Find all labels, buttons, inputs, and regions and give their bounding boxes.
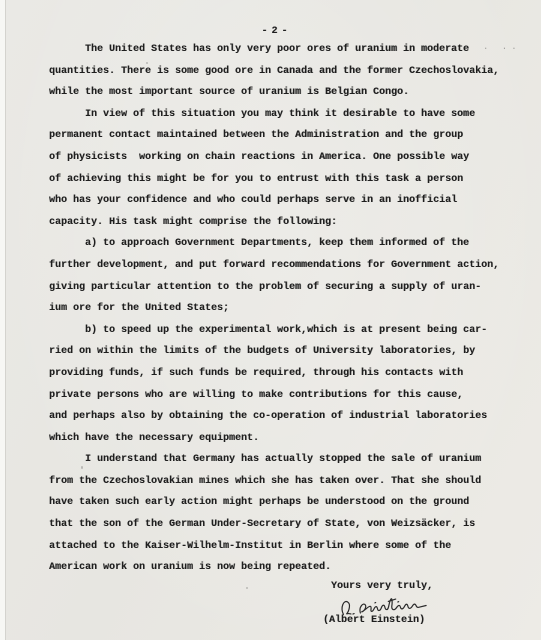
letter-body: The United States has only very poor ore…	[49, 39, 519, 579]
scan-speck	[146, 62, 148, 64]
letter-line: permanent contact maintained between the…	[49, 125, 519, 147]
letter-line: which have the necessary equipment.	[49, 428, 519, 450]
letter-line: from the Czechoslovakian mines which she…	[49, 471, 519, 493]
scanned-letter-page: -2- The United States has only very poor…	[5, 0, 541, 640]
letter-line: providing funds, if such funds be requir…	[49, 363, 519, 385]
letter-line: and perhaps also by obtaining the co-ope…	[49, 406, 519, 428]
letter-line: while the most important source of urani…	[49, 82, 519, 104]
letter-line: attached to the Kaiser-Wilhelm-Institut …	[49, 536, 519, 558]
letter-line: capacity. His task might comprise the fo…	[49, 212, 519, 234]
letter-line: of physicists working on chain reactions…	[49, 147, 519, 169]
letter-line: who has your confidence and who could pe…	[49, 190, 519, 212]
letter-line: of achieving this might be for you to en…	[49, 169, 519, 191]
letter-line: have taken such early action might perha…	[49, 492, 519, 514]
letter-line: giving particular attention to the probl…	[49, 277, 519, 299]
scan-speck	[246, 587, 248, 589]
typed-signature-name: (Albert Einstein)	[323, 610, 425, 632]
letter-line: quantities. There is some good ore in Ca…	[49, 61, 519, 83]
letter-line-item-b: b) to speed up the experimental work,whi…	[49, 320, 519, 342]
letter-line: ried on within the limits of the budgets…	[49, 341, 519, 363]
letter-line: In view of this situation you may think …	[49, 104, 519, 126]
letter-line: further development, and put forward rec…	[49, 255, 519, 277]
scan-speckles: · ··	[483, 39, 521, 61]
letter-line: private persons who are willing to make …	[49, 385, 519, 407]
letter-line: I understand that Germany has actually s…	[49, 449, 519, 471]
letter-line-item-a: a) to approach Government Departments, k…	[49, 233, 519, 255]
letter-line: ium ore for the United States;	[49, 298, 519, 320]
letter-line: American work on uranium is now being re…	[49, 557, 519, 579]
letter-line: The United States has only very poor ore…	[49, 39, 519, 61]
letter-line: that the son of the German Under-Secreta…	[49, 514, 519, 536]
scan-speck	[81, 466, 83, 469]
page-number: -2-	[6, 26, 541, 37]
